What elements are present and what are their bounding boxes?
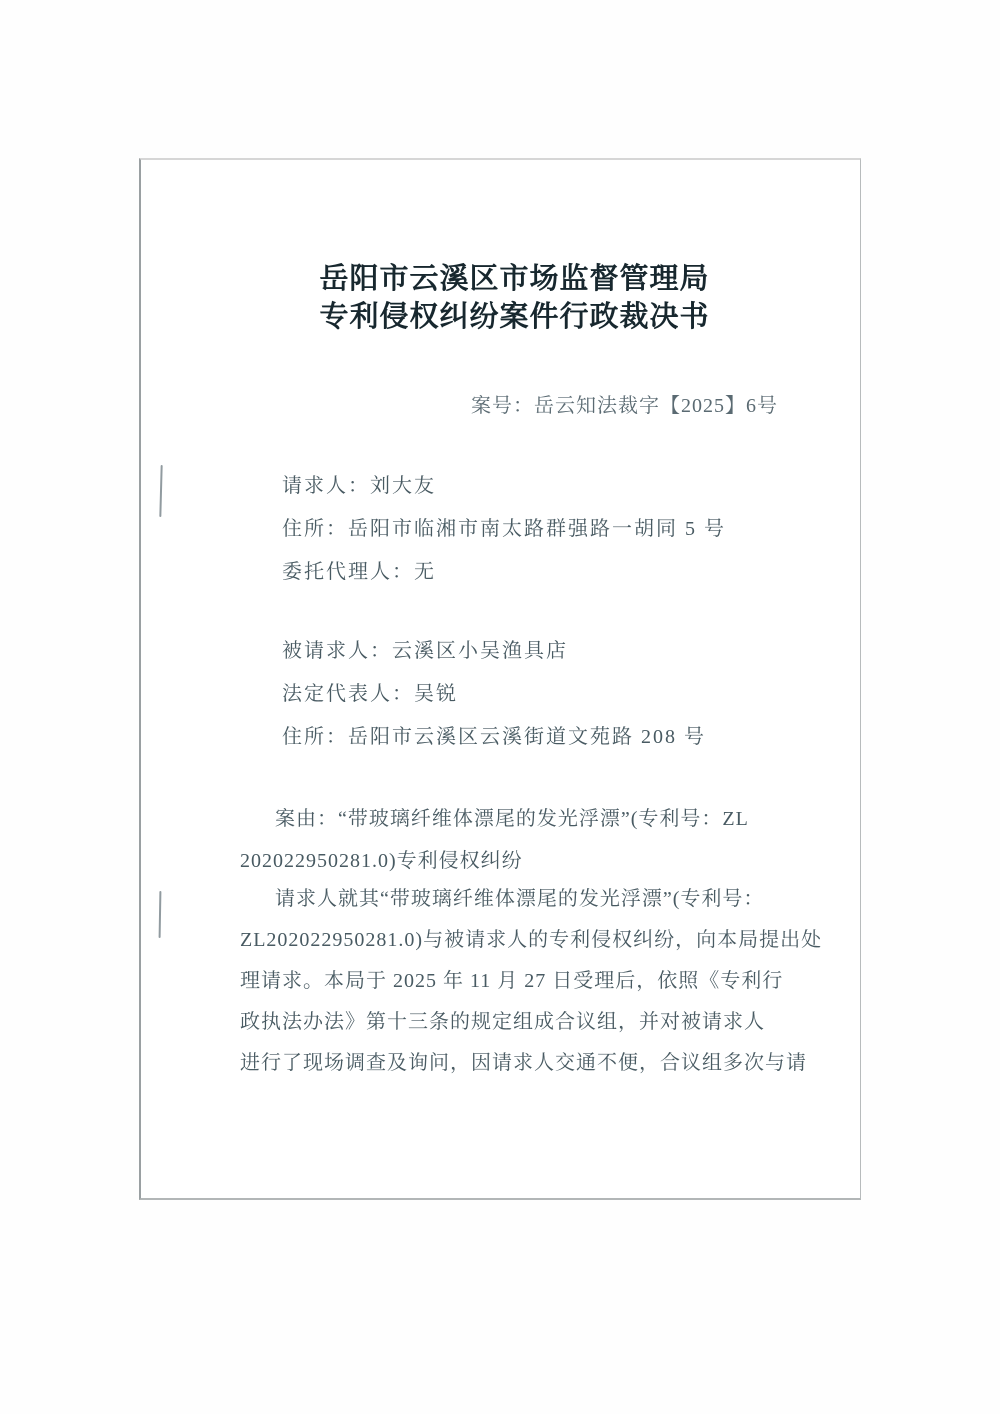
title-line-2: 专利侵权纠纷案件行政裁决书 xyxy=(169,298,860,336)
case-cause-line: 案由：“带玻璃纤维体漂尾的发光浮漂”(专利号：ZL xyxy=(240,798,825,840)
scan-artifact-mark xyxy=(159,465,162,517)
claimant-address-line: 住所：岳阳市临湘市南太路群强路一胡同 5 号 xyxy=(282,508,726,551)
case-number: 案号：岳云知法裁字【2025】6号 xyxy=(471,389,778,418)
respondent-block: 被请求人：云溪区小吴渔具店 法定代表人：吴锐 住所：岳阳市云溪区云溪街道文苑路 … xyxy=(282,630,706,759)
body-line: 请求人就其“带玻璃纤维体漂尾的发光浮漂”(专利号： xyxy=(240,879,825,920)
body-line: 政执法办法》第十三条的规定组成合议组，并对被请求人 xyxy=(240,1002,825,1043)
scan-artifact-mark xyxy=(159,891,162,938)
body-line: ZL202022950281.0)与被请求人的专利侵权纠纷，向本局提出处 xyxy=(240,920,825,961)
claimant-agent-line: 委托代理人：无 xyxy=(282,551,726,594)
claimant-block: 请求人：刘大友 住所：岳阳市临湘市南太路群强路一胡同 5 号 委托代理人：无 xyxy=(282,465,726,594)
case-cause-line: 202022950281.0)专利侵权纠纷 xyxy=(240,840,825,882)
case-cause-block: 案由：“带玻璃纤维体漂尾的发光浮漂”(专利号：ZL 202022950281.0… xyxy=(240,798,825,882)
title-line-1: 岳阳市云溪区市场监督管理局 xyxy=(169,260,860,298)
body-line: 进行了现场调查及询问，因请求人交通不便，合议组多次与请 xyxy=(240,1043,825,1084)
document-title: 岳阳市云溪区市场监督管理局 专利侵权纠纷案件行政裁决书 xyxy=(141,260,860,336)
body-line: 理请求。本局于 2025 年 11 月 27 日受理后，依照《专利行 xyxy=(240,961,825,1002)
respondent-address-line: 住所：岳阳市云溪区云溪街道文苑路 208 号 xyxy=(282,716,706,759)
document-page: 岳阳市云溪区市场监督管理局 专利侵权纠纷案件行政裁决书 案号：岳云知法裁字【20… xyxy=(139,158,861,1200)
claimant-name-line: 请求人：刘大友 xyxy=(282,465,726,508)
respondent-representative-line: 法定代表人：吴锐 xyxy=(282,673,706,716)
respondent-name-line: 被请求人：云溪区小吴渔具店 xyxy=(282,630,706,673)
scan-background: 岳阳市云溪区市场监督管理局 专利侵权纠纷案件行政裁决书 案号：岳云知法裁字【20… xyxy=(0,0,1000,1414)
body-paragraph: 请求人就其“带玻璃纤维体漂尾的发光浮漂”(专利号： ZL202022950281… xyxy=(240,879,825,1084)
